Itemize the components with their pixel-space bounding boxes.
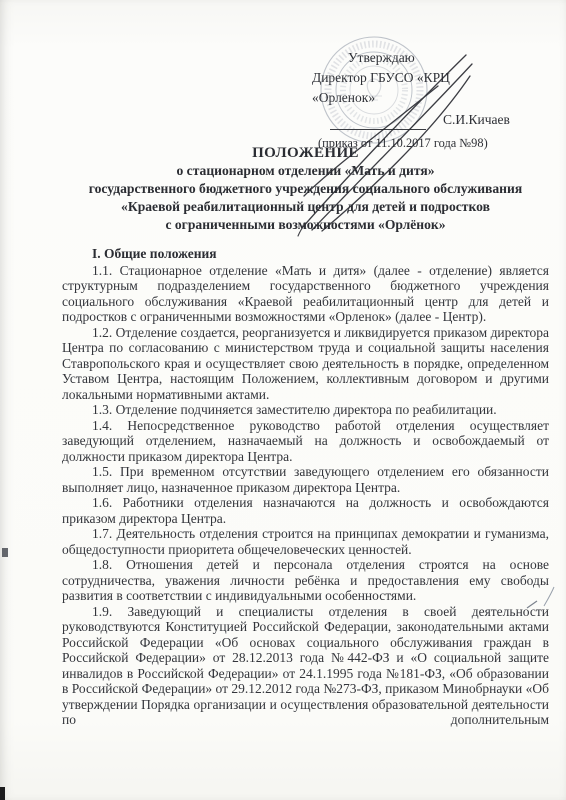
paragraph-1-3: 1.3. Отделение подчиняется заместителю д… bbox=[62, 402, 549, 418]
signature-line bbox=[330, 115, 426, 130]
section-heading: I. Общие положения bbox=[62, 246, 549, 262]
approval-director-line2: «Орленок» bbox=[312, 88, 557, 108]
margin-pen-mark bbox=[522, 582, 562, 618]
scan-corner-mark bbox=[0, 787, 5, 800]
title-line-3: государственного бюджетного учреждения с… bbox=[62, 180, 549, 198]
approval-word: Утверждаю bbox=[312, 48, 557, 68]
paragraph-1-8: 1.8. Отношения детей и персонала отделен… bbox=[62, 557, 549, 604]
paragraph-1-9: 1.9. Заведующий и специалисты отделения … bbox=[62, 604, 549, 728]
scan-edge-mark bbox=[2, 548, 8, 557]
document-body: I. Общие положения 1.1. Стационарное отд… bbox=[62, 246, 549, 728]
paragraph-1-4: 1.4. Непосредственное руководство работо… bbox=[62, 418, 549, 465]
title-line-4: «Краевой реабилитационный центр для дете… bbox=[62, 198, 549, 216]
scanned-document-page: Утверждаю Директор ГБУСО «КРЦ «Орленок» … bbox=[0, 0, 566, 800]
title-line-5: с ограниченными возможностями «Орлёнок» bbox=[62, 216, 549, 234]
paragraph-1-1: 1.1. Стационарное отделение «Мать и дитя… bbox=[62, 263, 549, 325]
title-word: ПОЛОЖЕНИЕ bbox=[62, 144, 549, 162]
paragraph-1-7: 1.7. Деятельность отделения строится на … bbox=[62, 526, 549, 557]
paragraph-1-6: 1.6. Работники отделения назначаются на … bbox=[62, 495, 549, 526]
signature-row: С.И.Кичаев bbox=[312, 110, 557, 130]
paragraph-1-5: 1.5. При временном отсутствии заведующег… bbox=[62, 464, 549, 495]
document-title: ПОЛОЖЕНИЕ о стационарном отделении «Мать… bbox=[62, 144, 549, 234]
paragraph-1-2: 1.2. Отделение создается, реорганизуется… bbox=[62, 325, 549, 403]
title-line-2: о стационарном отделении «Мать и дитя» bbox=[62, 162, 549, 180]
approval-director-line: Директор ГБУСО «КРЦ bbox=[312, 68, 557, 88]
signer-name: С.И.Кичаев bbox=[443, 110, 510, 130]
approval-block: Утверждаю Директор ГБУСО «КРЦ «Орленок» … bbox=[312, 48, 557, 153]
